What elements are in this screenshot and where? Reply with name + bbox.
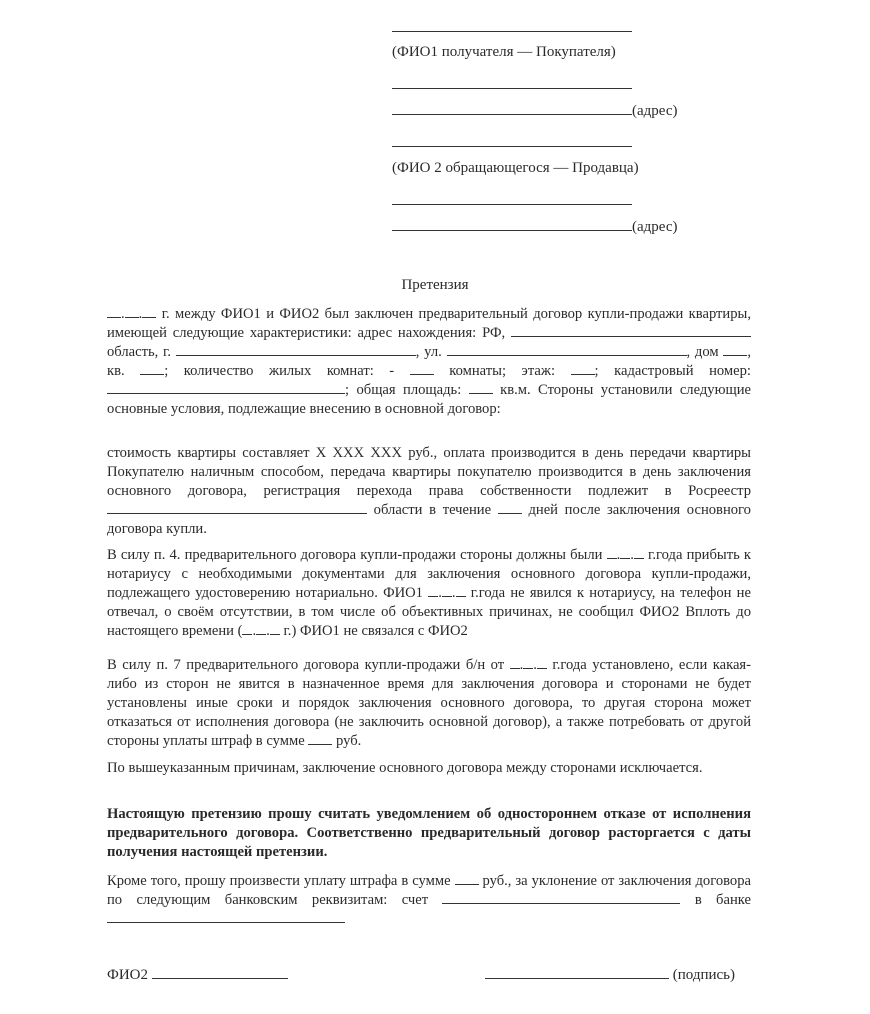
- cadastral-blank: [107, 381, 345, 394]
- recipient-address-row: (адрес): [392, 102, 677, 120]
- paragraph-payment-request: Кроме того, прошу произвести уплату штра…: [107, 872, 751, 929]
- paragraph-conclusion: По вышеуказанным причинам, заключение ос…: [107, 759, 751, 778]
- account-blank: [442, 891, 680, 904]
- signature-row: (подпись): [485, 966, 735, 984]
- sender-name-blank: [392, 146, 632, 147]
- paragraph-contract-details: .. г. между ФИО1 и ФИО2 был заключен пре…: [107, 305, 751, 419]
- paragraph-penalty-clause: В силу п. 7 предварительного договора ку…: [107, 656, 751, 751]
- street-blank: [447, 343, 687, 356]
- sender-label: (ФИО 2 обращающегося — Продавца): [392, 160, 639, 177]
- sender-address-label: (адрес): [632, 219, 677, 235]
- recipient-address-blank-1: [392, 88, 632, 89]
- recipient-address-blank-2: [392, 102, 632, 115]
- signature-name-blank: [152, 966, 288, 979]
- document-title: Претензия: [0, 277, 870, 294]
- recipient-name-blank: [392, 31, 632, 32]
- sender-address-row: (адрес): [392, 218, 677, 236]
- paragraph-notary: В силу п. 4. предварительного договора к…: [107, 546, 751, 641]
- paragraph-notice-bold: Настоящую претензию прошу считать уведом…: [107, 805, 751, 862]
- recipient-address-label: (адрес): [632, 103, 677, 119]
- city-blank: [176, 343, 416, 356]
- signature-name-row: ФИО2: [107, 966, 288, 984]
- bank-blank: [107, 910, 345, 923]
- signature-blank: [485, 966, 669, 979]
- region-blank: [511, 324, 751, 337]
- paragraph-terms: стоимость квартиры составляет Х ХХХ ХХХ …: [107, 444, 751, 539]
- rosreestr-region-blank: [107, 501, 367, 514]
- sender-address-blank-2: [392, 218, 632, 231]
- sender-address-blank-1: [392, 204, 632, 205]
- recipient-label: (ФИО1 получателя — Покупателя): [392, 44, 616, 61]
